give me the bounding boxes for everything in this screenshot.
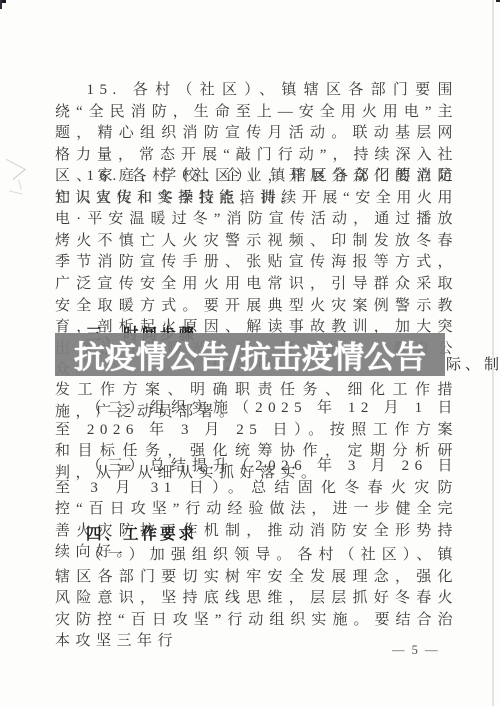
- epidemic-notice-banner-text: 抗疫情公告/抗击疫情公告: [74, 332, 426, 377]
- epidemic-notice-banner: 抗疫情公告/抗击疫情公告: [55, 333, 445, 376]
- scan-edge-line: [492, 0, 494, 706]
- scanned-document-page: 15. 各村（社区）、镇辖区各部门要围绕“全民消防，生命至上—安全用火用电”主题…: [0, 0, 500, 706]
- section4-item1: （一）加强组织领导。各村（社区）、镇辖区各部门要切实树牢安全发展理念，强化风险意…: [55, 545, 458, 653]
- scan-smudge: [3, 158, 37, 204]
- page-number: — 5 —: [392, 643, 440, 658]
- scan-corner-mark-top-right: [496, 0, 500, 2]
- section4-heading: 四、工作要求: [86, 522, 197, 544]
- scan-corner-mark-top-left-2: [0, 0, 2, 9]
